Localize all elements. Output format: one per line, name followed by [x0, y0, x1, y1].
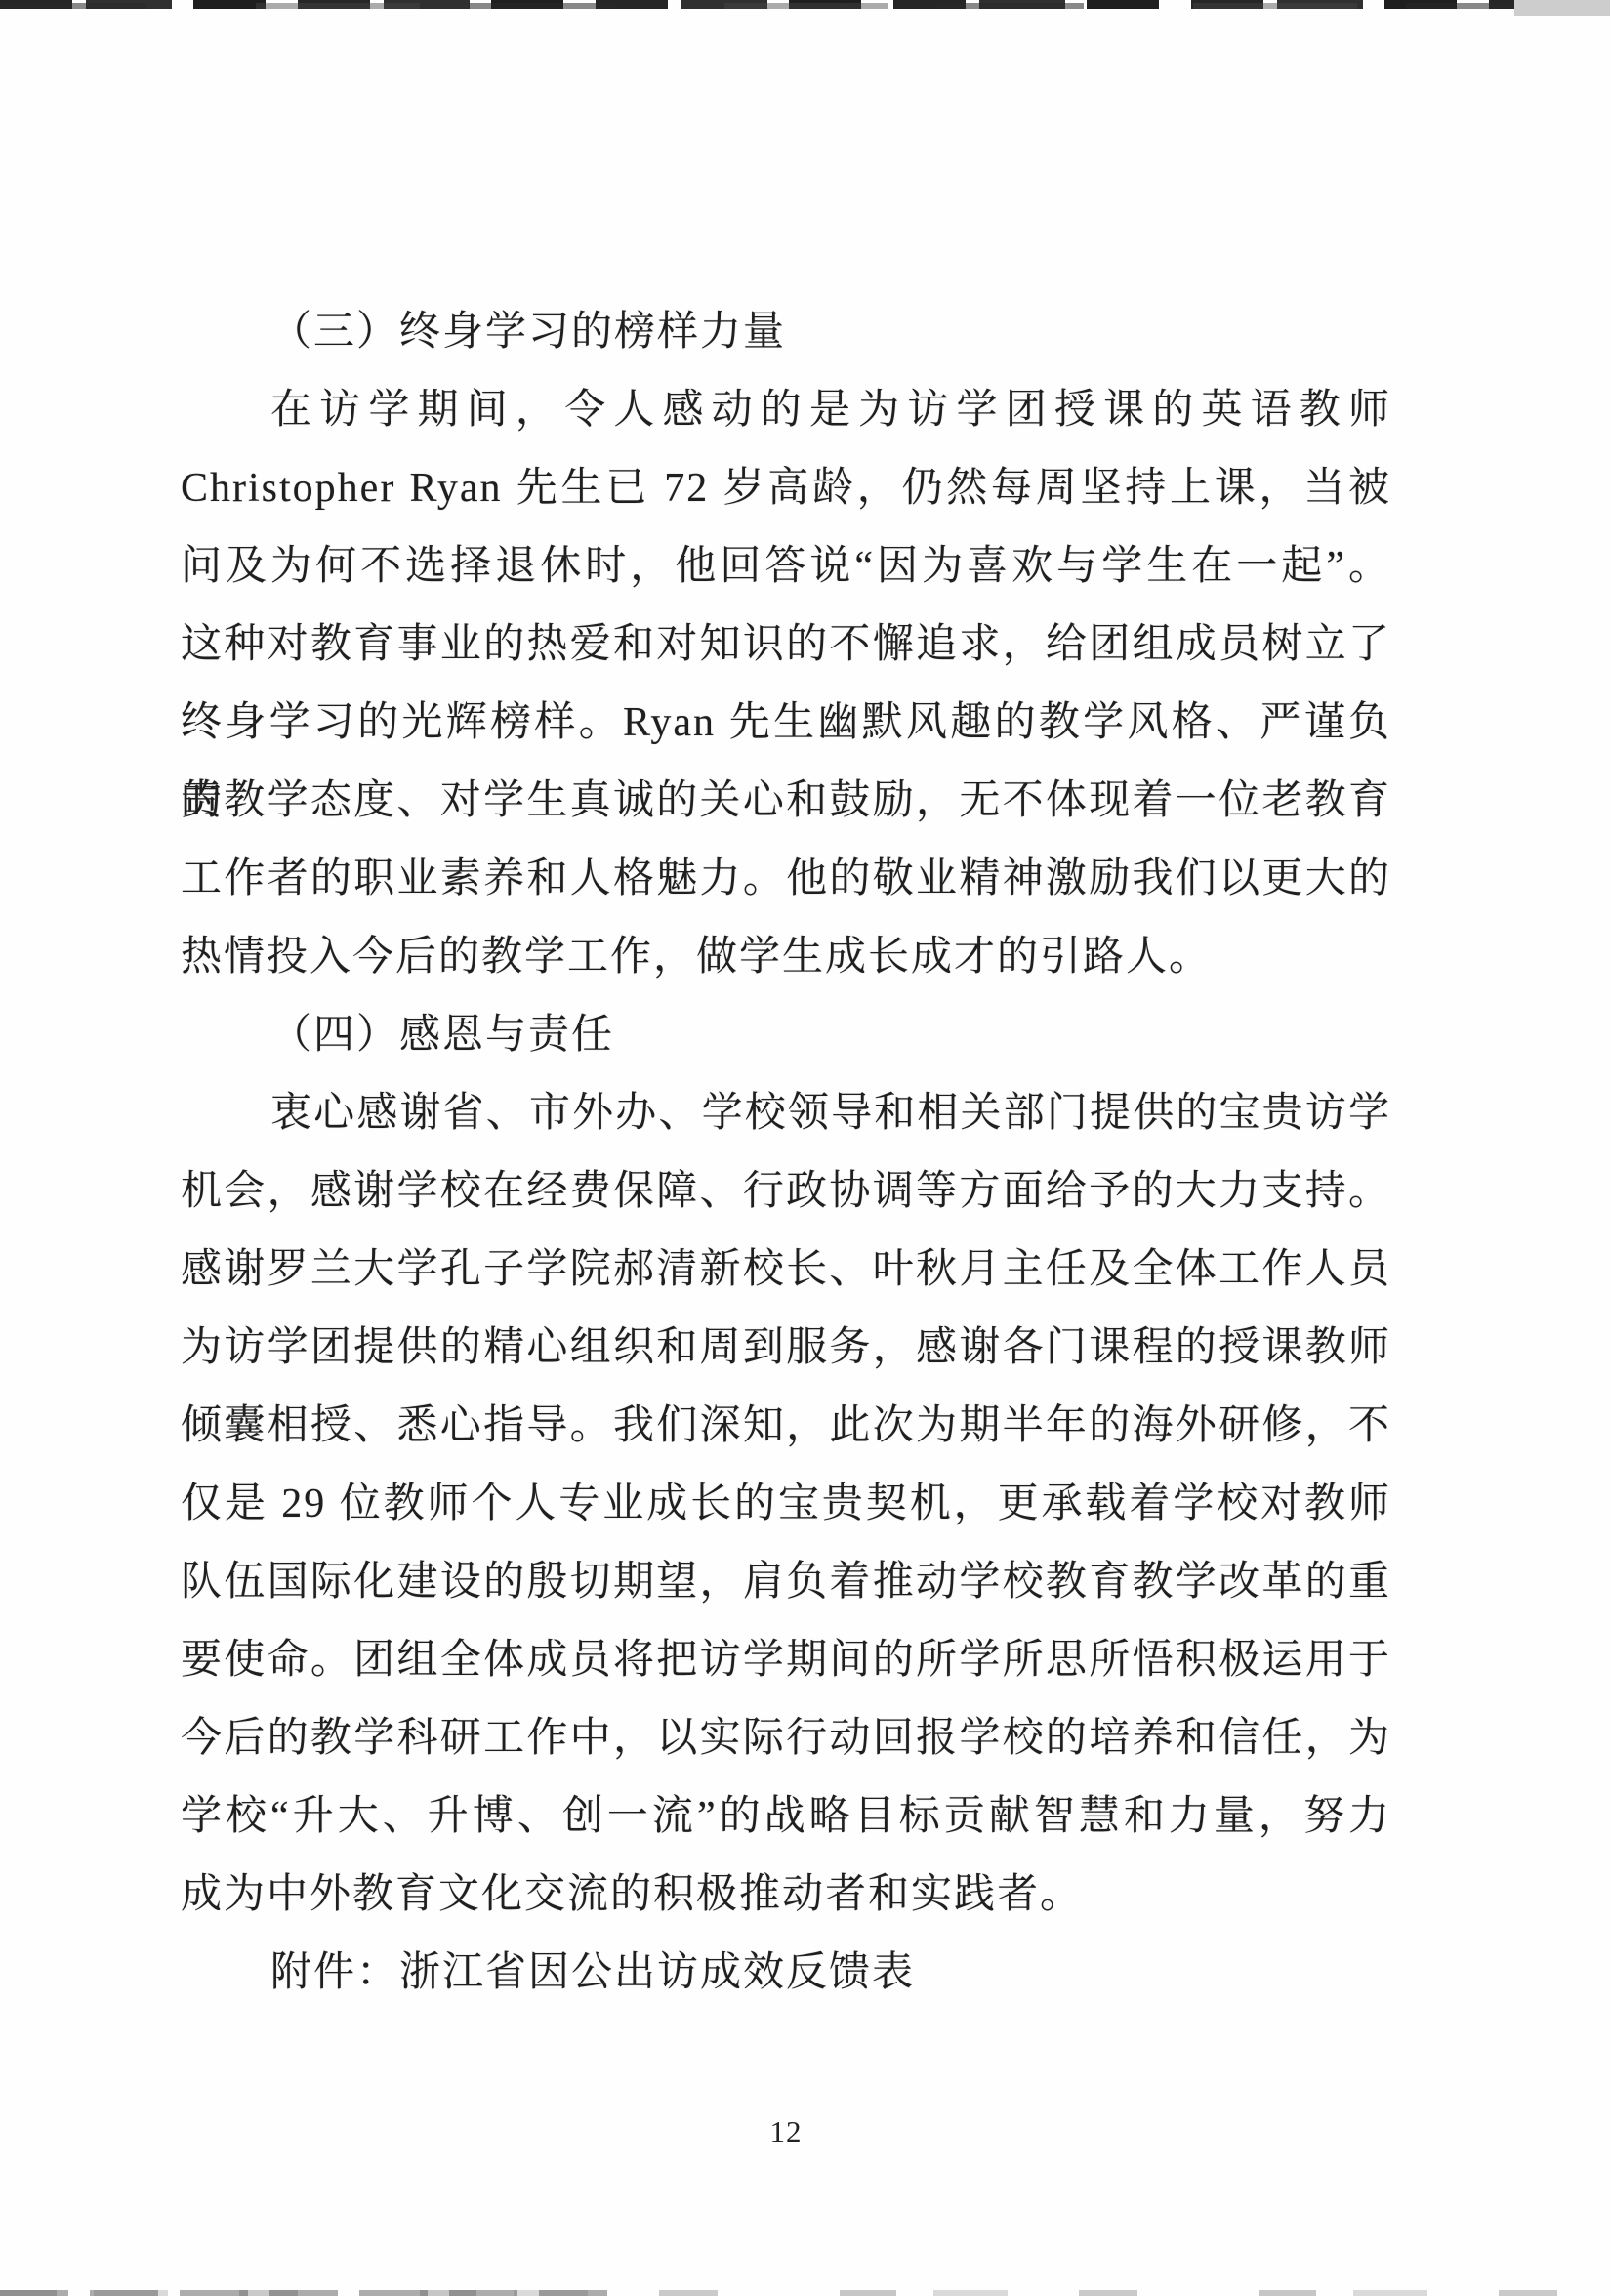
section-heading: （三）终身学习的榜样力量	[181, 293, 1391, 371]
text-line: 要使命。团组全体成员将把访学期间的所学所思所悟积极运用于	[181, 1621, 1391, 1699]
text-line: 成为中外教育文化交流的积极推动者和实践者。	[181, 1856, 1391, 1934]
document-page: （三）终身学习的榜样力量在访学期间，令人感动的是为访学团授课的英语教师Chris…	[0, 0, 1610, 2296]
text-line: 工作者的职业素养和人格魅力。他的敬业精神激励我们以更大的	[181, 840, 1391, 918]
text-line: 今后的教学科研工作中，以实际行动回报学校的培养和信任，为	[181, 1699, 1391, 1777]
attachment-note: 附件：浙江省因公出访成效反馈表	[181, 1934, 1391, 2012]
scan-artifact-top	[0, 0, 1610, 13]
text-line: 队伍国际化建设的殷切期望，肩负着推动学校教育教学改革的重	[181, 1543, 1391, 1621]
text-line: 感谢罗兰大学孔子学院郝清新校长、叶秋月主任及全体工作人员	[181, 1231, 1391, 1309]
scan-artifact-bottom	[0, 2290, 1610, 2296]
text-line: 学校“升大、升博、创一流”的战略目标贡献智慧和力量，努力	[181, 1777, 1391, 1856]
text-line: Christopher Ryan 先生已 72 岁高龄，仍然每周坚持上课，当被	[181, 449, 1391, 527]
text-line: 为访学团提供的精心组织和周到服务，感谢各门课程的授课教师	[181, 1309, 1391, 1387]
text-line: 衷心感谢省、市外办、学校领导和相关部门提供的宝贵访学	[181, 1074, 1391, 1152]
section-heading: （四）感恩与责任	[181, 996, 1391, 1074]
text-line: 问及为何不选择退休时，他回答说“因为喜欢与学生在一起”。	[181, 527, 1391, 605]
text-line: 这种对教育事业的热爱和对知识的不懈追求，给团组成员树立了	[181, 605, 1391, 684]
text-line: 的教学态度、对学生真诚的关心和鼓励，无不体现着一位老教育	[181, 762, 1391, 840]
text-line: 仅是 29 位教师个人专业成长的宝贵契机，更承载着学校对教师	[181, 1465, 1391, 1543]
text-line: 机会，感谢学校在经费保障、行政协调等方面给予的大力支持。	[181, 1152, 1391, 1231]
page-number: 12	[181, 2111, 1391, 2152]
text-line: 在访学期间，令人感动的是为访学团授课的英语教师	[181, 371, 1391, 449]
document-text: （三）终身学习的榜样力量在访学期间，令人感动的是为访学团授课的英语教师Chris…	[181, 293, 1391, 2012]
text-line: 终身学习的光辉榜样。Ryan 先生幽默风趣的教学风格、严谨负责	[181, 684, 1391, 762]
text-line: 热情投入今后的教学工作，做学生成长成才的引路人。	[181, 918, 1391, 996]
scan-artifact-top-right	[1514, 0, 1610, 16]
text-line: 倾囊相授、悉心指导。我们深知，此次为期半年的海外研修，不	[181, 1387, 1391, 1465]
